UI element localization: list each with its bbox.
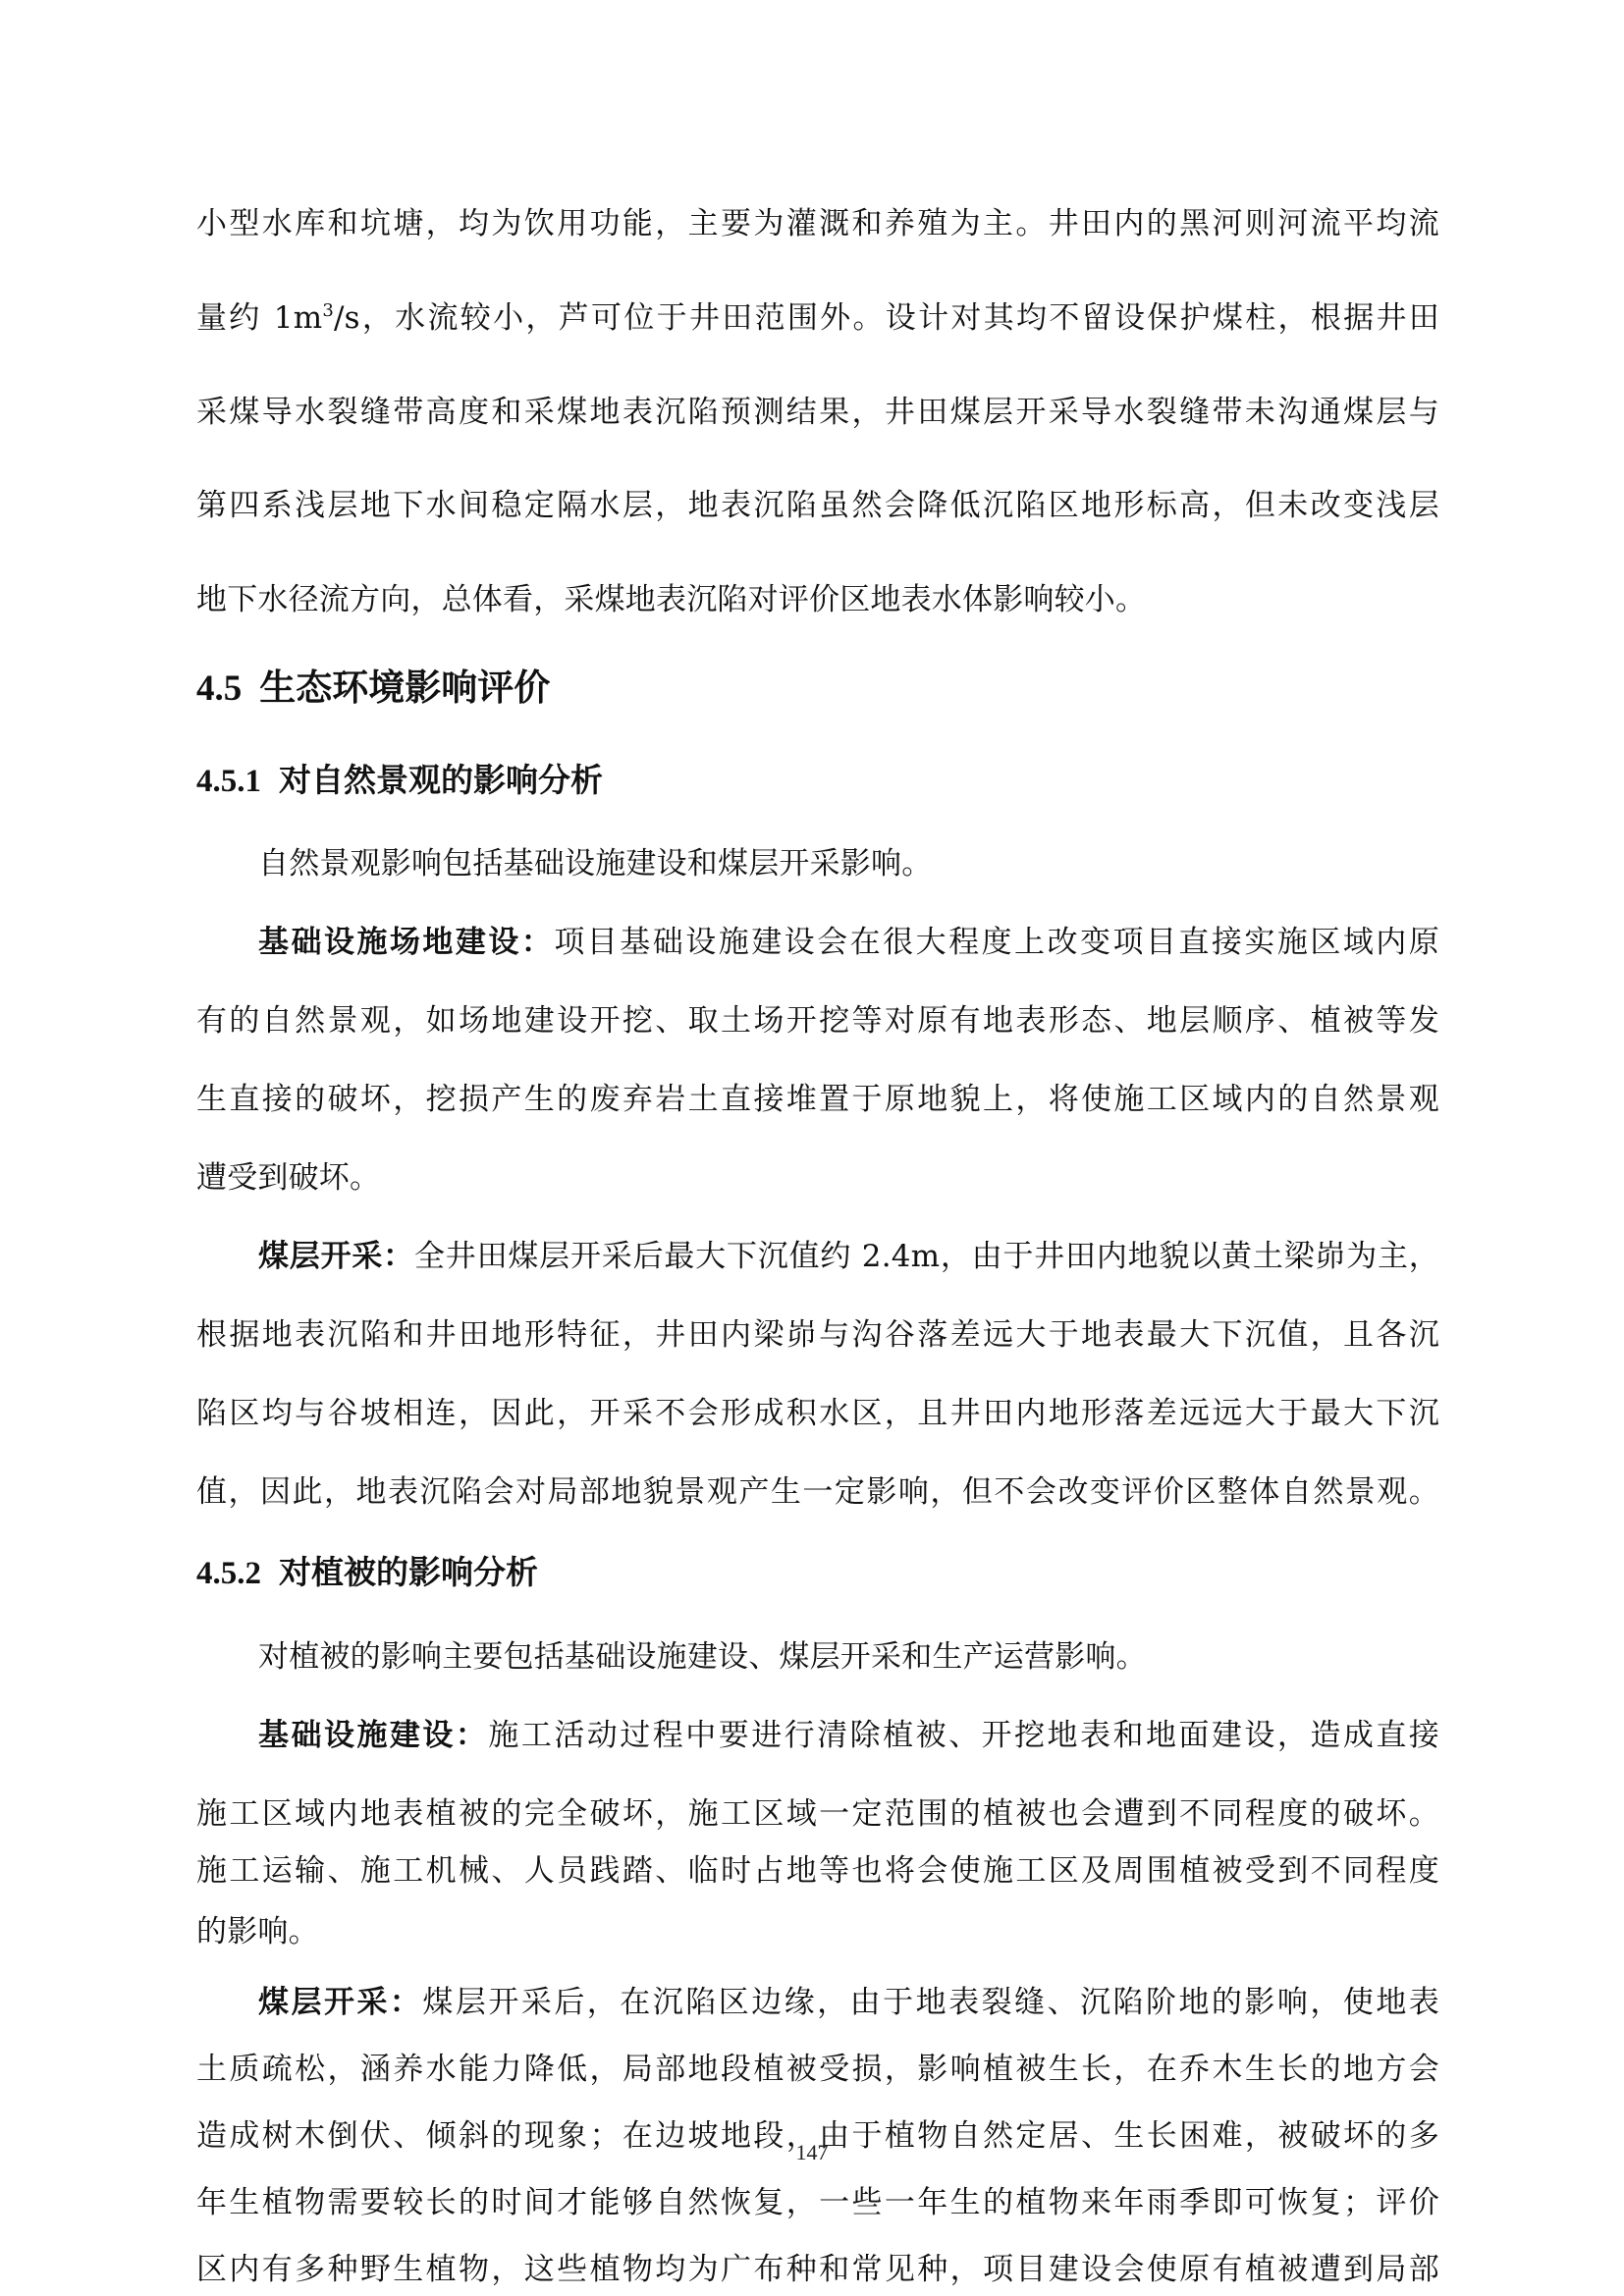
paragraph-label: 煤层开采： (258, 1985, 422, 2020)
paragraph-label: 基础设施建设： (258, 1718, 488, 1753)
body-line: 的影响。 (196, 1912, 319, 1951)
section-heading-4-5: 4.5生态环境影响评价 (196, 666, 550, 712)
body-line: 生直接的破坏，挖损产生的废弃岩土直接堆置于原地貌上，将使施工区域内的自然景观 (196, 1080, 1439, 1119)
body-line: 陷区均与谷坡相连，因此，开采不会形成积水区，且井田内地形落差远远大于最大下沉 (196, 1394, 1439, 1433)
section-number: 4.5.2 (196, 1556, 261, 1591)
section-number: 4.5.1 (196, 764, 261, 799)
body-line: 对植被的影响主要包括基础设施建设、煤层开采和生产运营影响。 (258, 1637, 1147, 1677)
paragraph-label: 煤层开采： (258, 1239, 414, 1274)
body-line: 区内有多种野生植物，这些植物均为广布种和常见种，项目建设会使原有植被遭到局部 (196, 2250, 1439, 2289)
body-line: 施工区域内地表植被的完全破坏，施工区域一定范围的植被也会遭到不同程度的破坏。 (196, 1794, 1439, 1834)
section-number: 4.5 (196, 668, 242, 709)
body-line: 煤层开采：全井田煤层开采后最大下沉值约 2.4m，由于井田内地貌以黄土梁峁为主， (258, 1237, 1439, 1276)
section-heading-4-5-1: 4.5.1对自然景观的影响分析 (196, 760, 603, 802)
text-run: 煤层开采后，在沉陷区边缘，由于地表裂缝、沉陷阶地的影响，使地表 (422, 1985, 1439, 2020)
body-line: 采煤导水裂缝带高度和采煤地表沉陷预测结果，井田煤层开采导水裂缝带未沟通煤层与 (196, 393, 1439, 432)
body-line: 量约 1m3/s，水流较小，芦可位于井田范围外。设计对其均不留设保护煤柱，根据井… (196, 298, 1439, 338)
section-title: 生态环境影响评价 (259, 667, 550, 709)
section-title: 对自然景观的影响分析 (279, 761, 603, 799)
section-heading-4-5-2: 4.5.2对植被的影响分析 (196, 1552, 538, 1594)
body-line: 地下水径流方向，总体看，采煤地表沉陷对评价区地表水体影响较小。 (196, 580, 1146, 619)
body-line: 根据地表沉陷和井田地形特征，井田内梁峁与沟谷落差远大于地表最大下沉值，且各沉 (196, 1315, 1439, 1355)
body-line: 土质疏松，涵养水能力降低，局部地段植被受损，影响植被生长，在乔木生长的地方会 (196, 2050, 1439, 2089)
body-line: 值，因此，地表沉陷会对局部地貌景观产生一定影响，但不会改变评价区整体自然景观。 (196, 1472, 1439, 1512)
section-title: 对植被的影响分析 (279, 1553, 538, 1591)
body-line: 自然景观影响包括基础设施建设和煤层开采影响。 (258, 844, 932, 883)
text-run: 全井田煤层开采后最大下沉值约 2.4m，由于井田内地貌以黄土梁峁为主， (414, 1239, 1439, 1274)
body-line: 遭受到破坏。 (196, 1158, 380, 1198)
text-run: 施工活动过程中要进行清除植被、开挖地表和地面建设，造成直接 (488, 1718, 1439, 1753)
body-line: 基础设施建设：施工活动过程中要进行清除植被、开挖地表和地面建设，造成直接 (258, 1716, 1439, 1755)
superscript: 3 (322, 300, 334, 321)
body-line: 有的自然景观，如场地建设开挖、取土场开挖等对原有地表形态、地层顺序、植被等发 (196, 1001, 1439, 1041)
text-run: 量约 1m (196, 300, 322, 336)
text-run: /s，水流较小，芦可位于井田范围外。设计对其均不留设保护煤柱，根据井田 (334, 300, 1439, 336)
paragraph-label: 基础设施场地建设： (258, 925, 554, 960)
body-line: 施工运输、施工机械、人员践踏、临时占地等也将会使施工区及周围植被受到不同程度 (196, 1851, 1439, 1891)
body-line: 基础设施场地建设：项目基础设施建设会在很大程度上改变项目直接实施区域内原 (258, 923, 1439, 962)
body-line: 年生植物需要较长的时间才能够自然恢复，一些一年生的植物来年雨季即可恢复；评价 (196, 2183, 1439, 2222)
body-line: 煤层开采：煤层开采后，在沉陷区边缘，由于地表裂缝、沉陷阶地的影响，使地表 (258, 1983, 1439, 2022)
body-line: 第四系浅层地下水间稳定隔水层，地表沉陷虽然会降低沉陷区地形标高，但未改变浅层 (196, 486, 1439, 525)
text-run: 项目基础设施建设会在很大程度上改变项目直接实施区域内原 (554, 925, 1439, 960)
page-number: 147 (0, 2140, 1624, 2165)
body-line: 小型水库和坑塘，均为饮用功能，主要为灌溉和养殖为主。井田内的黑河则河流平均流 (196, 204, 1439, 243)
